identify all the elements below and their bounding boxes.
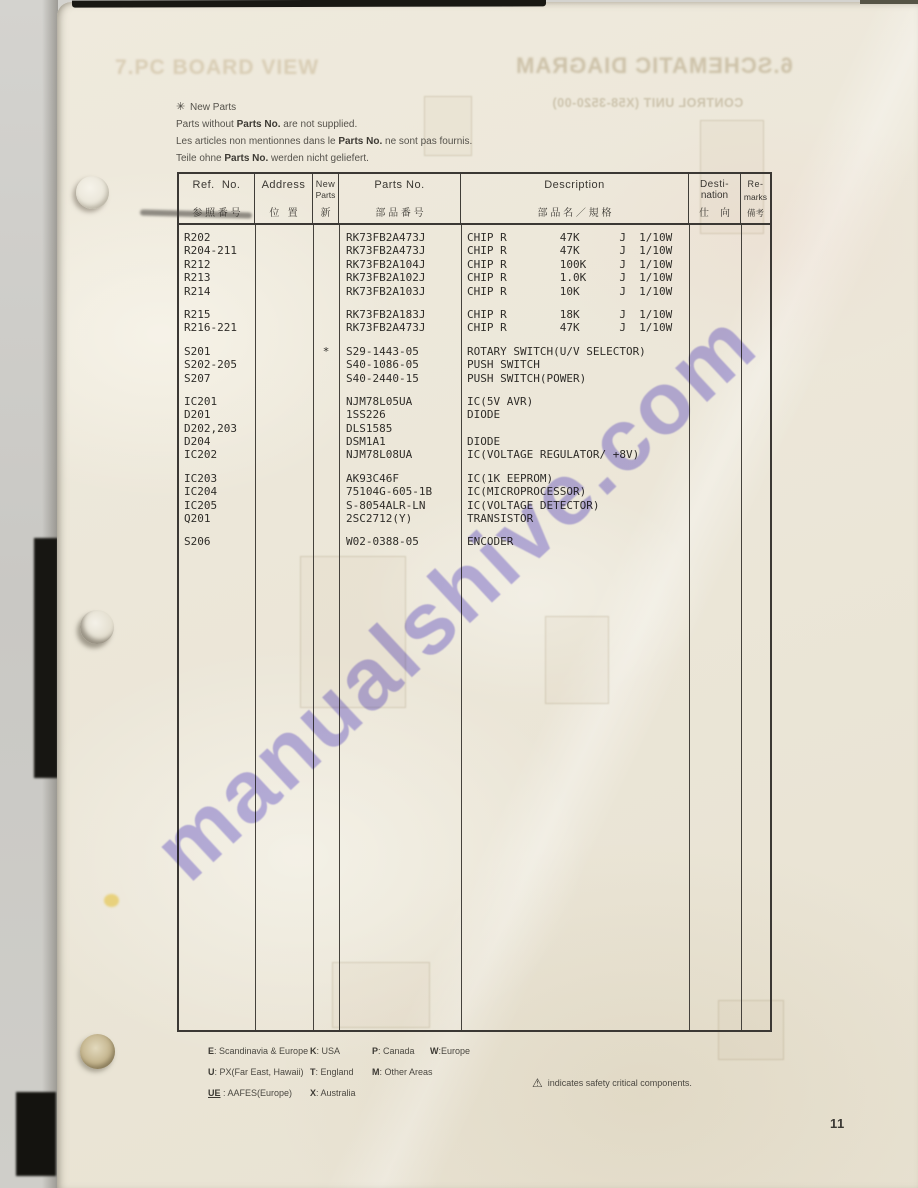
cell-new xyxy=(313,285,339,298)
cell-description: CHIP R 1.0K J 1/10W xyxy=(461,271,689,284)
cell-remarks xyxy=(741,485,770,498)
cell-ref: R204-211 xyxy=(179,244,255,257)
col-header-parts-no: Parts No. 部 品 番 号 xyxy=(339,174,461,223)
cell-new xyxy=(313,358,339,371)
cell-ref: IC204 xyxy=(179,485,255,498)
cell-remarks xyxy=(741,231,770,244)
punch-hole xyxy=(80,1034,115,1069)
table-row: IC203AK93C46FIC(1K EEPROM) xyxy=(179,472,770,485)
cell-description: TRANSISTOR xyxy=(461,512,689,525)
cell-dest xyxy=(689,258,741,271)
cell-description: CHIP R 47K J 1/10W xyxy=(461,244,689,257)
page-number: 11 xyxy=(830,1116,845,1131)
cell-address xyxy=(255,472,313,485)
cell-ref: Q201 xyxy=(179,512,255,525)
table-row: R212RK73FB2A104JCHIP R 100K J 1/10W xyxy=(179,258,770,271)
cell-remarks xyxy=(741,258,770,271)
cell-description: CHIP R 10K J 1/10W xyxy=(461,285,689,298)
cell-remarks xyxy=(741,372,770,385)
col-header-description: Description 部 品 名 ／ 規 格 xyxy=(461,174,689,223)
cell-remarks xyxy=(741,395,770,408)
cell-address xyxy=(255,321,313,334)
cell-remarks xyxy=(741,285,770,298)
parts-table: Ref. No. 参 照 番 号 Address 位 置 New Parts 新… xyxy=(177,172,772,1032)
cell-new xyxy=(313,271,339,284)
cell-dest xyxy=(689,285,741,298)
legend-value: : USA xyxy=(317,1046,341,1056)
cell-parts_no: RK73FB2A183J xyxy=(339,308,461,321)
cell-new xyxy=(313,244,339,257)
cell-ref: S202-205 xyxy=(179,358,255,371)
cell-new xyxy=(313,372,339,385)
cell-dest xyxy=(689,271,741,284)
legend-item: M: Other Areas xyxy=(372,1067,430,1077)
cell-address xyxy=(255,231,313,244)
cell-dest xyxy=(689,395,741,408)
cell-description: CHIP R 100K J 1/10W xyxy=(461,258,689,271)
cell-new xyxy=(313,485,339,498)
cell-parts_no: RK73FB2A102J xyxy=(339,271,461,284)
cell-remarks xyxy=(741,308,770,321)
cell-remarks xyxy=(741,422,770,435)
cell-description: CHIP R 18K J 1/10W xyxy=(461,308,689,321)
cell-dest xyxy=(689,435,741,448)
table-row: R215RK73FB2A183JCHIP R 18K J 1/10W xyxy=(179,308,770,321)
table-row: R204-211RK73FB2A473JCHIP R 47K J 1/10W xyxy=(179,244,770,257)
cell-address xyxy=(255,499,313,512)
paper-stain xyxy=(104,894,119,907)
cell-new xyxy=(313,435,339,448)
table-row: IC201NJM78L05UAIC(5V AVR) xyxy=(179,395,770,408)
cell-dest xyxy=(689,422,741,435)
legend-item: U: PX(Far East, Hawaii) xyxy=(208,1067,310,1077)
cell-parts_no: RK73FB2A103J xyxy=(339,285,461,298)
cell-address xyxy=(255,535,313,548)
table-row: IC205S-8054ALR-LNIC(VOLTAGE DETECTOR) xyxy=(179,499,770,512)
cell-parts_no: S40-2440-15 xyxy=(339,372,461,385)
table-row xyxy=(179,335,770,345)
cell-description: IC(5V AVR) xyxy=(461,395,689,408)
cell-ref: S201 xyxy=(179,345,255,358)
legend-value: : England xyxy=(316,1067,354,1077)
legend-value: : Australia xyxy=(316,1088,356,1098)
cell-dest xyxy=(689,472,741,485)
table-row: S206W02-0388-05ENCODER xyxy=(179,535,770,548)
cell-description xyxy=(461,422,689,435)
table-row: R216-221RK73FB2A473JCHIP R 47K J 1/10W xyxy=(179,321,770,334)
cell-ref: D202,203 xyxy=(179,422,255,435)
legend-key: W xyxy=(430,1046,439,1056)
cell-ref: IC202 xyxy=(179,448,255,461)
cell-ref: R212 xyxy=(179,258,255,271)
table-row: R213RK73FB2A102JCHIP R 1.0K J 1/10W xyxy=(179,271,770,284)
cell-parts_no: NJM78L08UA xyxy=(339,448,461,461)
legend-value: : PX(Far East, Hawaii) xyxy=(215,1067,304,1077)
parts-notes: ✳ New Parts Parts without Parts No. are … xyxy=(176,99,472,167)
legend-row: U: PX(Far East, Hawaii)T: EnglandM: Othe… xyxy=(208,1061,470,1082)
table-row: S202-205S40-1086-05PUSH SWITCH xyxy=(179,358,770,371)
table-row: Q2012SC2712(Y)TRANSISTOR xyxy=(179,512,770,525)
cell-parts_no: DLS1585 xyxy=(339,422,461,435)
table-row xyxy=(179,462,770,472)
cell-dest xyxy=(689,408,741,421)
cell-new xyxy=(313,472,339,485)
cell-ref: S206 xyxy=(179,535,255,548)
table-row xyxy=(179,525,770,535)
legend-value: : Scandinavia & Europe xyxy=(214,1046,308,1056)
cell-ref: IC203 xyxy=(179,472,255,485)
cell-remarks xyxy=(741,448,770,461)
cell-remarks xyxy=(741,499,770,512)
safety-note-text: indicates safety critical components. xyxy=(548,1078,692,1088)
legend-value: :Europe xyxy=(439,1046,471,1056)
legend-value: : Canada xyxy=(378,1046,415,1056)
legend-row: E: Scandinavia & EuropeK: USAP: CanadaW:… xyxy=(208,1040,470,1061)
cell-ref: S207 xyxy=(179,372,255,385)
table-row: D202,203DLS1585 xyxy=(179,422,770,435)
cell-ref: D204 xyxy=(179,435,255,448)
cell-address xyxy=(255,372,313,385)
cell-address xyxy=(255,358,313,371)
table-row xyxy=(179,385,770,395)
cell-dest xyxy=(689,231,741,244)
col-header-destination: Desti- nation 仕 向 xyxy=(689,174,741,223)
legend-value: : AAFES(Europe) xyxy=(221,1088,293,1098)
table-row: R214RK73FB2A103JCHIP R 10K J 1/10W xyxy=(179,285,770,298)
cell-description: CHIP R 47K J 1/10W xyxy=(461,231,689,244)
cell-description: DIODE xyxy=(461,435,689,448)
legend-item: W:Europe xyxy=(430,1046,470,1056)
cell-address xyxy=(255,271,313,284)
warning-triangle-icon: ⚠ xyxy=(532,1077,543,1089)
legend-key: UE xyxy=(208,1088,221,1098)
cell-remarks xyxy=(741,408,770,421)
table-row: S201*S29-1443-05ROTARY SWITCH(U/V SELECT… xyxy=(179,345,770,358)
cell-description: IC(VOLTAGE REGULATOR/ +8V) xyxy=(461,448,689,461)
cell-ref: R215 xyxy=(179,308,255,321)
table-row: S207S40-2440-15PUSH SWITCH(POWER) xyxy=(179,372,770,385)
cell-remarks xyxy=(741,244,770,257)
cell-description: ROTARY SWITCH(U/V SELECTOR) xyxy=(461,345,689,358)
new-parts-note: ✳ New Parts xyxy=(176,99,472,116)
table-rows: R202RK73FB2A473JCHIP R 47K J 1/10WR204-2… xyxy=(179,225,770,1030)
cell-remarks xyxy=(741,512,770,525)
legend-item: E: Scandinavia & Europe xyxy=(208,1046,310,1056)
bleedthrough-title-right-mirrored: 6.SCHEMATIC DIAGRAM xyxy=(515,53,793,79)
cell-parts_no: S-8054ALR-LN xyxy=(339,499,461,512)
cell-description: PUSH SWITCH xyxy=(461,358,689,371)
table-row: IC20475104G-605-1BIC(MICROPROCESSOR) xyxy=(179,485,770,498)
cell-new xyxy=(313,512,339,525)
cell-ref: R214 xyxy=(179,285,255,298)
cell-ref: R202 xyxy=(179,231,255,244)
cell-new xyxy=(313,535,339,548)
cell-new: * xyxy=(313,345,339,358)
cell-remarks xyxy=(741,435,770,448)
col-header-ref-no: Ref. No. 参 照 番 号 xyxy=(179,174,255,223)
cell-parts_no: 75104G-605-1B xyxy=(339,485,461,498)
cell-ref: R213 xyxy=(179,271,255,284)
safety-note: ⚠ indicates safety critical components. xyxy=(532,1077,692,1089)
cell-new xyxy=(313,231,339,244)
cell-parts_no: AK93C46F xyxy=(339,472,461,485)
legend-item: P: Canada xyxy=(372,1046,430,1056)
page-content: 7.PC BOARD VIEW 6.SCHEMATIC DIAGRAM CONT… xyxy=(0,0,918,1188)
cell-remarks xyxy=(741,321,770,334)
cell-dest xyxy=(689,448,741,461)
cell-new xyxy=(313,448,339,461)
punch-hole xyxy=(76,176,109,209)
note-line-de: Teile ohne Parts No. werden nicht gelief… xyxy=(176,150,472,167)
cell-ref: IC201 xyxy=(179,395,255,408)
cell-description: IC(1K EEPROM) xyxy=(461,472,689,485)
table-row: D2011SS226DIODE xyxy=(179,408,770,421)
cell-dest xyxy=(689,308,741,321)
cell-address xyxy=(255,285,313,298)
col-header-remarks: Re- marks 備考 xyxy=(741,174,770,223)
cell-address xyxy=(255,258,313,271)
cell-parts_no: DSM1A1 xyxy=(339,435,461,448)
cell-address xyxy=(255,422,313,435)
cell-address xyxy=(255,395,313,408)
col-header-new-parts: New Parts 新 xyxy=(313,174,339,223)
cell-dest xyxy=(689,372,741,385)
legend-key: M xyxy=(372,1067,380,1077)
legend-item: T: England xyxy=(310,1067,372,1077)
cell-parts_no: RK73FB2A473J xyxy=(339,321,461,334)
cell-remarks xyxy=(741,472,770,485)
cell-new xyxy=(313,308,339,321)
table-header: Ref. No. 参 照 番 号 Address 位 置 New Parts 新… xyxy=(179,174,770,225)
destination-legend: E: Scandinavia & EuropeK: USAP: CanadaW:… xyxy=(208,1040,470,1103)
cell-address xyxy=(255,308,313,321)
cell-ref: D201 xyxy=(179,408,255,421)
bleedthrough-subtitle-right-mirrored: CONTROL UNIT (X58-3520-00) xyxy=(552,96,743,110)
cell-dest xyxy=(689,535,741,548)
cell-remarks xyxy=(741,535,770,548)
cell-parts_no: RK73FB2A473J xyxy=(339,244,461,257)
table-row: IC202NJM78L08UAIC(VOLTAGE REGULATOR/ +8V… xyxy=(179,448,770,461)
cell-address xyxy=(255,408,313,421)
legend-row: UE : AAFES(Europe)X: Australia xyxy=(208,1082,470,1103)
cell-parts_no: 2SC2712(Y) xyxy=(339,512,461,525)
cell-description: PUSH SWITCH(POWER) xyxy=(461,372,689,385)
note-line-en: Parts without Parts No. are not supplied… xyxy=(176,116,472,133)
punch-hole xyxy=(80,610,114,644)
cell-parts_no: W02-0388-05 xyxy=(339,535,461,548)
cell-dest xyxy=(689,345,741,358)
cell-new xyxy=(313,258,339,271)
table-row: D204DSM1A1DIODE xyxy=(179,435,770,448)
col-header-address: Address 位 置 xyxy=(255,174,313,223)
cell-remarks xyxy=(741,358,770,371)
table-row xyxy=(179,298,770,308)
cell-parts_no: S40-1086-05 xyxy=(339,358,461,371)
legend-item: UE : AAFES(Europe) xyxy=(208,1088,310,1098)
legend-item: K: USA xyxy=(310,1046,372,1056)
new-parts-symbol: ✳ xyxy=(176,101,187,113)
cell-dest xyxy=(689,485,741,498)
bleedthrough-title-left: 7.PC BOARD VIEW xyxy=(115,56,319,80)
cell-ref: R216-221 xyxy=(179,321,255,334)
cell-dest xyxy=(689,358,741,371)
legend-value: : Other Areas xyxy=(380,1067,433,1077)
cell-new xyxy=(313,395,339,408)
note-line-fr: Les articles non mentionnes dans le Part… xyxy=(176,133,472,150)
cell-address xyxy=(255,448,313,461)
cell-parts_no: NJM78L05UA xyxy=(339,395,461,408)
cell-description: IC(VOLTAGE DETECTOR) xyxy=(461,499,689,512)
legend-item: X: Australia xyxy=(310,1088,372,1098)
cell-parts_no: RK73FB2A104J xyxy=(339,258,461,271)
cell-parts_no: 1SS226 xyxy=(339,408,461,421)
cell-dest xyxy=(689,321,741,334)
cell-new xyxy=(313,422,339,435)
table-row: R202RK73FB2A473JCHIP R 47K J 1/10W xyxy=(179,231,770,244)
cell-address xyxy=(255,512,313,525)
cell-address xyxy=(255,345,313,358)
cell-address xyxy=(255,435,313,448)
cell-description: ENCODER xyxy=(461,535,689,548)
cell-dest xyxy=(689,512,741,525)
cell-ref: IC205 xyxy=(179,499,255,512)
cell-new xyxy=(313,408,339,421)
cell-dest xyxy=(689,499,741,512)
cell-description: IC(MICROPROCESSOR) xyxy=(461,485,689,498)
cell-new xyxy=(313,321,339,334)
cell-dest xyxy=(689,244,741,257)
cell-remarks xyxy=(741,271,770,284)
cell-description: CHIP R 47K J 1/10W xyxy=(461,321,689,334)
cell-parts_no: S29-1443-05 xyxy=(339,345,461,358)
cell-remarks xyxy=(741,345,770,358)
cell-parts_no: RK73FB2A473J xyxy=(339,231,461,244)
cell-description: DIODE xyxy=(461,408,689,421)
cell-new xyxy=(313,499,339,512)
cell-address xyxy=(255,244,313,257)
cell-address xyxy=(255,485,313,498)
